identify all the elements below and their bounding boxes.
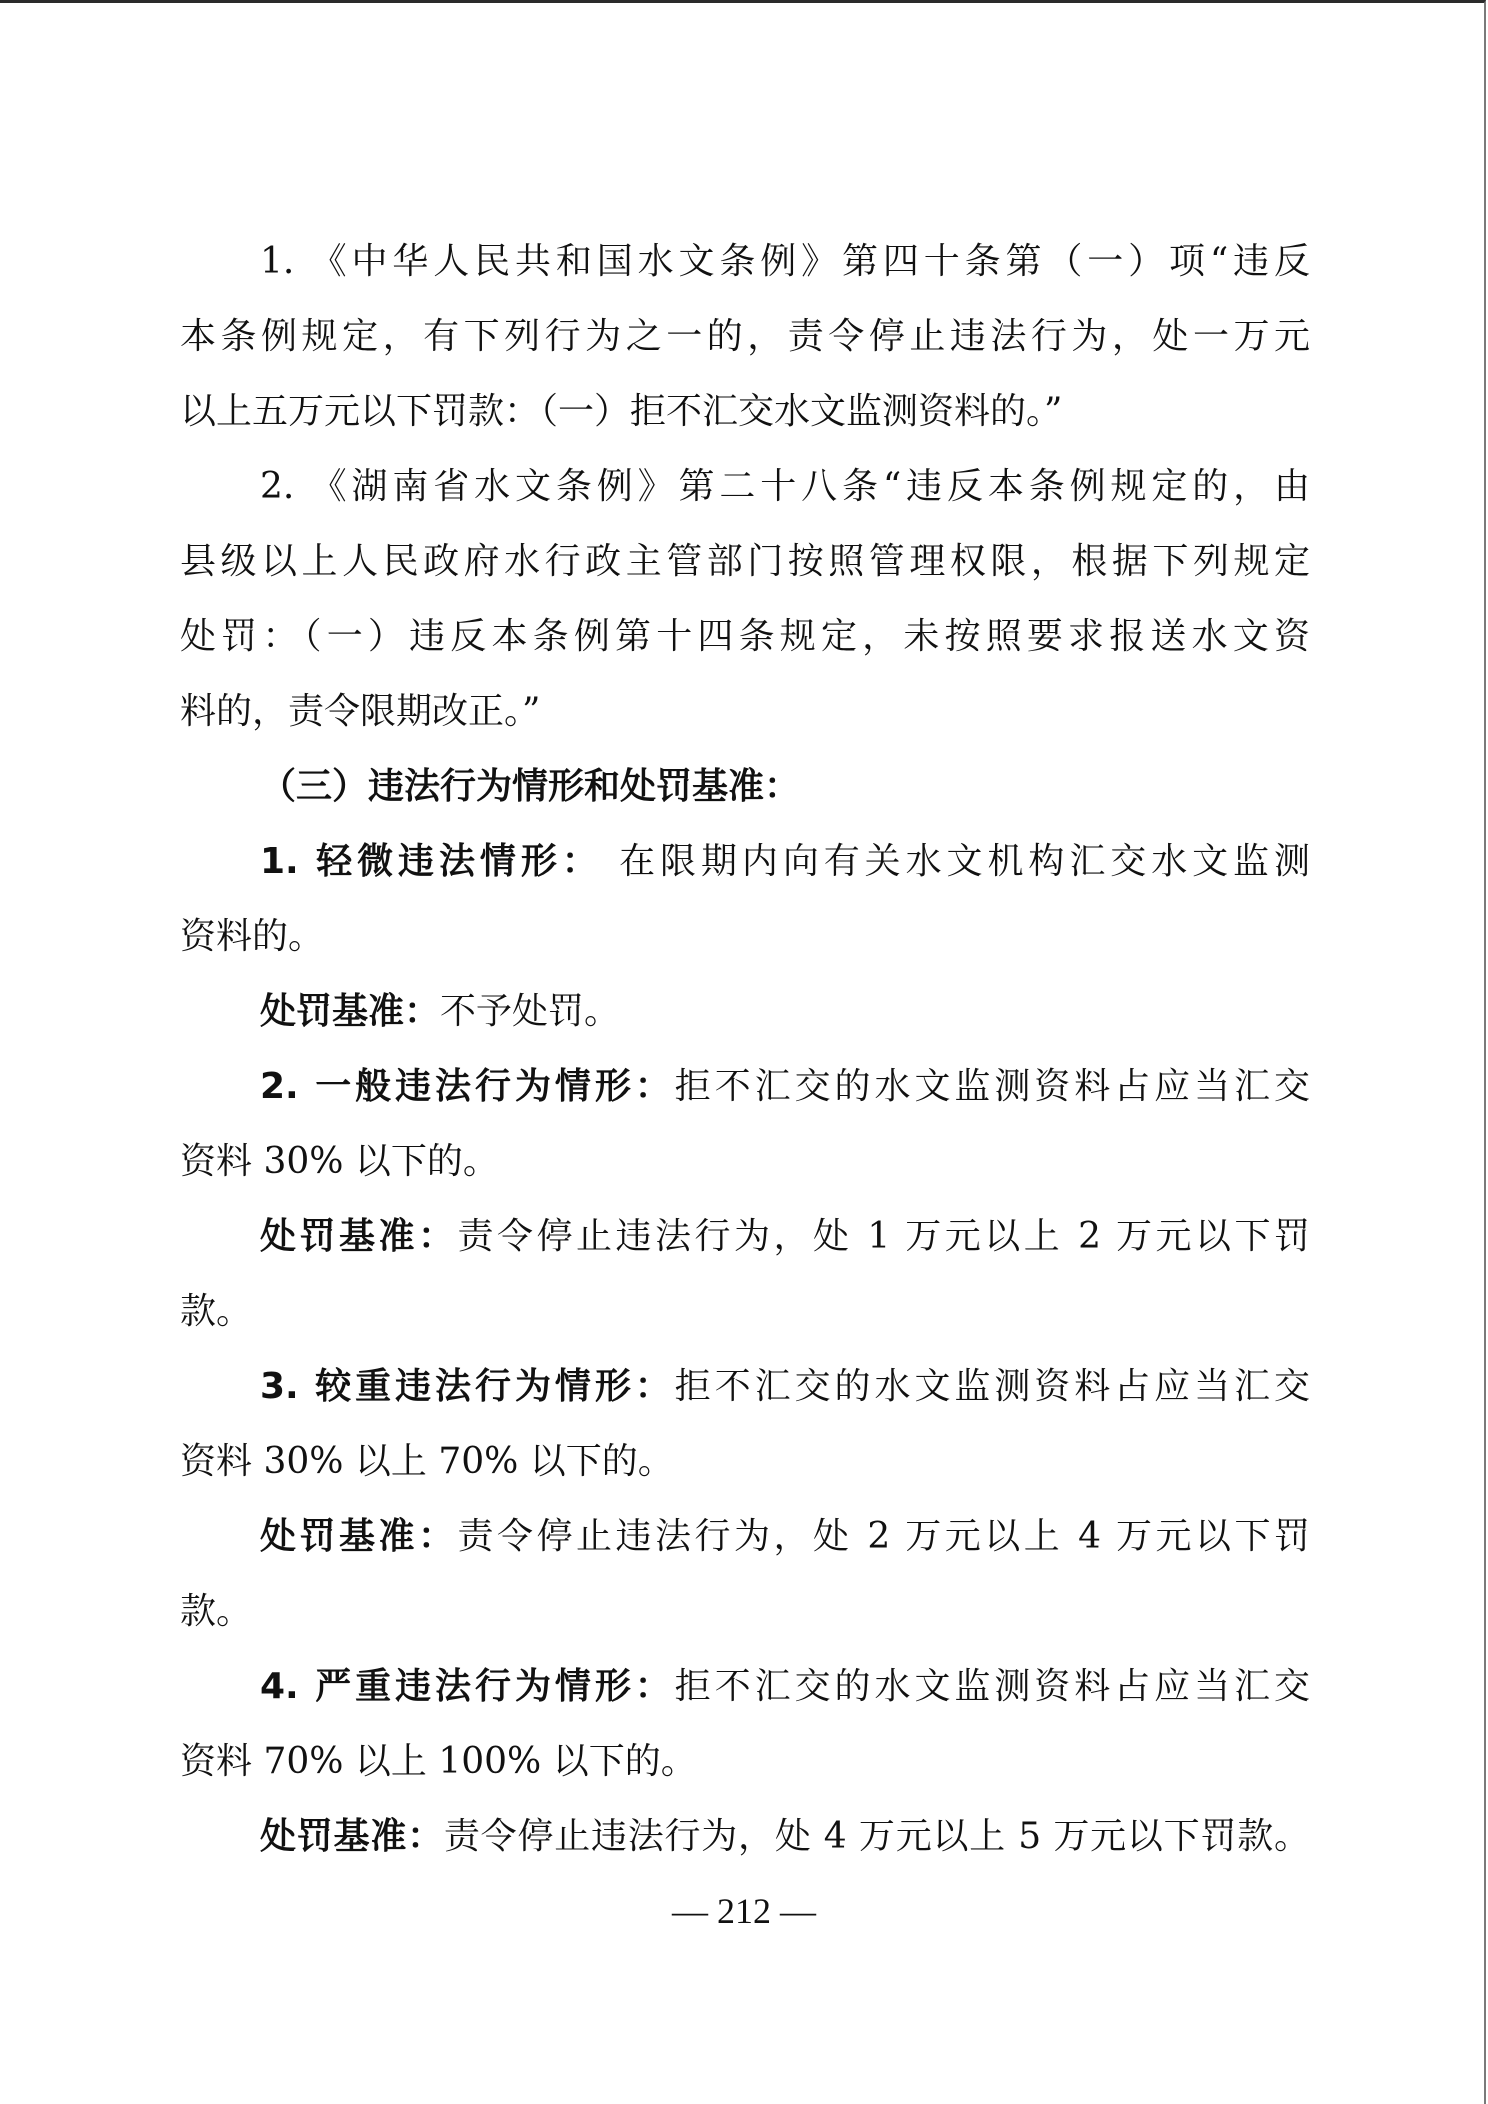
text-segment: 资料 30% 以上 70% 以下的。 (180, 1441, 674, 1482)
text-segment: 责令停止违法行为，处 1 万元以上 2 万元以下罚 (457, 1216, 1310, 1257)
bold-label: 处罚基准： (260, 991, 440, 1032)
bold-label: 2. 一般违法行为情形： (260, 1066, 675, 1107)
text-line: 处罚基准：责令停止违法行为，处 1 万元以上 2 万元以下罚 (260, 1199, 1310, 1274)
page-number: — 212 — (0, 1887, 1488, 1935)
text-line: 资料 30% 以下的。 (180, 1124, 1310, 1199)
text-line: 处罚基准：责令停止违法行为，处 2 万元以上 4 万元以下罚 (260, 1499, 1310, 1574)
text-line: 料的，责令限期改正。” (180, 674, 1310, 749)
text-line: 1. 《中华人民共和国水文条例》第四十条第（一）项“违反 (260, 224, 1310, 299)
text-segment: 资料的。 (180, 916, 324, 957)
text-segment: 2. 《湖南省水文条例》第二十八条“违反本条例规定的，由 (260, 466, 1310, 507)
text-line: 2. 一般违法行为情形：拒不汇交的水文监测资料占应当汇交 (260, 1049, 1310, 1124)
text-line: 1. 轻微违法情形： 在限期内向有关水文机构汇交水文监测 (260, 824, 1310, 899)
text-segment: 资料 70% 以上 100% 以下的。 (180, 1741, 697, 1782)
text-line: 处罚基准：不予处罚。 (260, 974, 1310, 1049)
bold-label: 处罚基准： (260, 1816, 444, 1857)
text-segment: 款。 (180, 1591, 252, 1632)
text-line: 处罚基准：责令停止违法行为，处 4 万元以上 5 万元以下罚款。 (260, 1799, 1310, 1874)
text-segment: 处罚：（一）违反本条例第十四条规定，未按照要求报送水文资 (180, 616, 1310, 657)
text-segment: 以上五万元以下罚款：（一）拒不汇交水文监测资料的。” (180, 391, 1062, 432)
bold-label: 处罚基准： (260, 1216, 457, 1257)
text-segment: 款。 (180, 1291, 252, 1332)
text-line: 款。 (180, 1274, 1310, 1349)
text-line: 资料的。 (180, 899, 1310, 974)
text-segment: 责令停止违法行为，处 2 万元以上 4 万元以下罚 (457, 1516, 1310, 1557)
text-line: 2. 《湖南省水文条例》第二十八条“违反本条例规定的，由 (260, 449, 1310, 524)
text-segment: 责令停止违法行为，处 4 万元以上 5 万元以下罚款。 (444, 1816, 1310, 1857)
text-segment: 县级以上人民政府水行政主管部门按照管理权限，根据下列规定 (180, 541, 1310, 582)
text-segment: 资料 30% 以下的。 (180, 1141, 499, 1182)
text-segment: 本条例规定，有下列行为之一的，责令停止违法行为，处一万元 (180, 316, 1310, 357)
document-page: 1. 《中华人民共和国水文条例》第四十条第（一）项“违反本条例规定，有下列行为之… (0, 0, 1486, 2104)
text-line: 本条例规定，有下列行为之一的，责令停止违法行为，处一万元 (180, 299, 1310, 374)
bold-label: （三）违法行为情形和处罚基准： (260, 766, 800, 807)
text-line: 款。 (180, 1574, 1310, 1649)
text-segment: 料的，责令限期改正。” (180, 691, 540, 732)
bold-label: 1. 轻微违法情形： (260, 841, 603, 882)
text-line: 资料 70% 以上 100% 以下的。 (180, 1724, 1310, 1799)
text-line: 处罚：（一）违反本条例第十四条规定，未按照要求报送水文资 (180, 599, 1310, 674)
text-segment: 拒不汇交的水文监测资料占应当汇交 (675, 1066, 1310, 1107)
text-line: （三）违法行为情形和处罚基准： (260, 749, 1310, 824)
text-segment: 在限期内向有关水文机构汇交水文监测 (603, 841, 1310, 882)
text-line: 4. 严重违法行为情形：拒不汇交的水文监测资料占应当汇交 (260, 1649, 1310, 1724)
text-segment: 不予处罚。 (440, 991, 620, 1032)
bold-label: 3. 较重违法行为情形： (260, 1366, 675, 1407)
text-line: 3. 较重违法行为情形：拒不汇交的水文监测资料占应当汇交 (260, 1349, 1310, 1424)
text-line: 县级以上人民政府水行政主管部门按照管理权限，根据下列规定 (180, 524, 1310, 599)
text-segment: 拒不汇交的水文监测资料占应当汇交 (675, 1366, 1310, 1407)
bold-label: 处罚基准： (260, 1516, 457, 1557)
text-line: 资料 30% 以上 70% 以下的。 (180, 1424, 1310, 1499)
text-line: 以上五万元以下罚款：（一）拒不汇交水文监测资料的。” (180, 374, 1310, 449)
bold-label: 4. 严重违法行为情形： (260, 1666, 675, 1707)
text-segment: 1. 《中华人民共和国水文条例》第四十条第（一）项“违反 (260, 241, 1310, 282)
text-segment: 拒不汇交的水文监测资料占应当汇交 (675, 1666, 1310, 1707)
